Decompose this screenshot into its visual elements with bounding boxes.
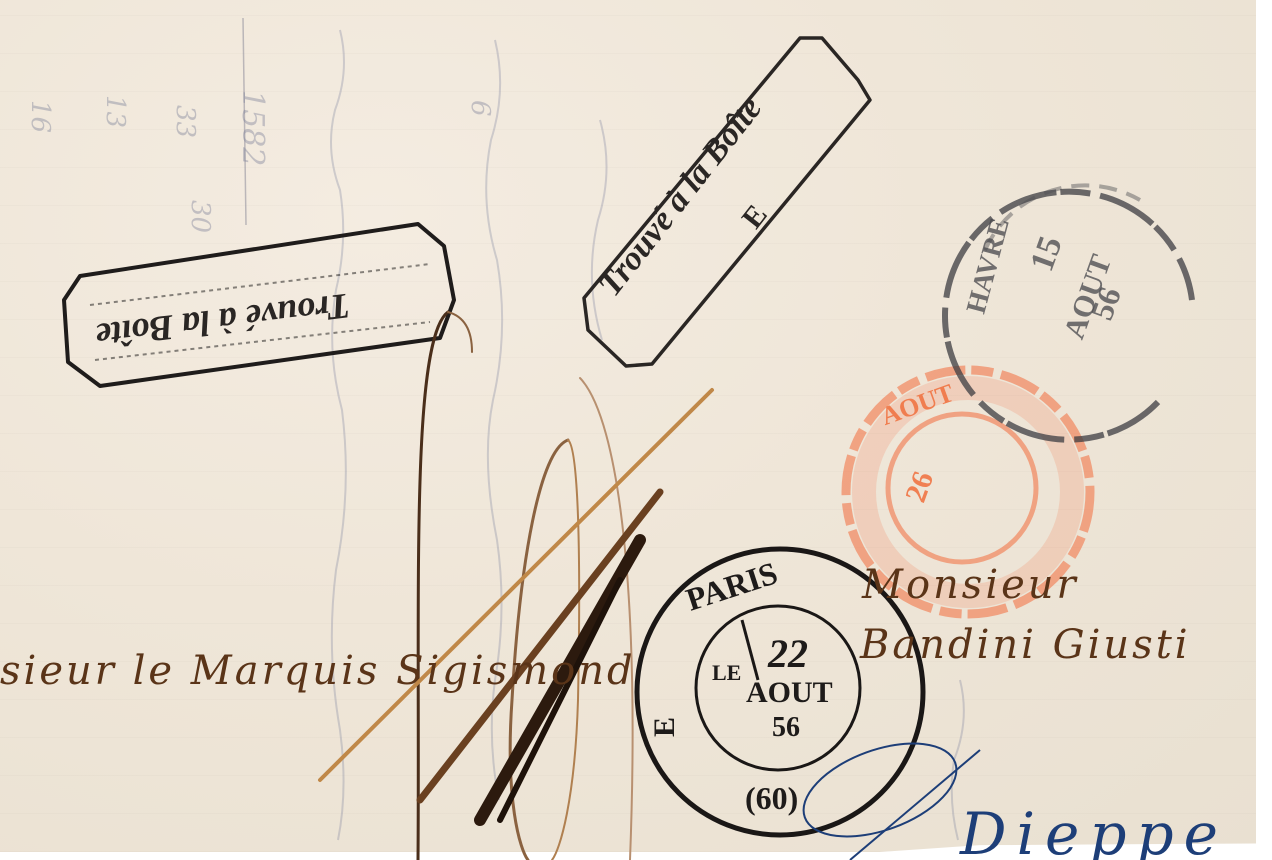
- blue-ink-flourish: [0, 0, 1272, 860]
- address-city: Dieppe: [960, 800, 1228, 860]
